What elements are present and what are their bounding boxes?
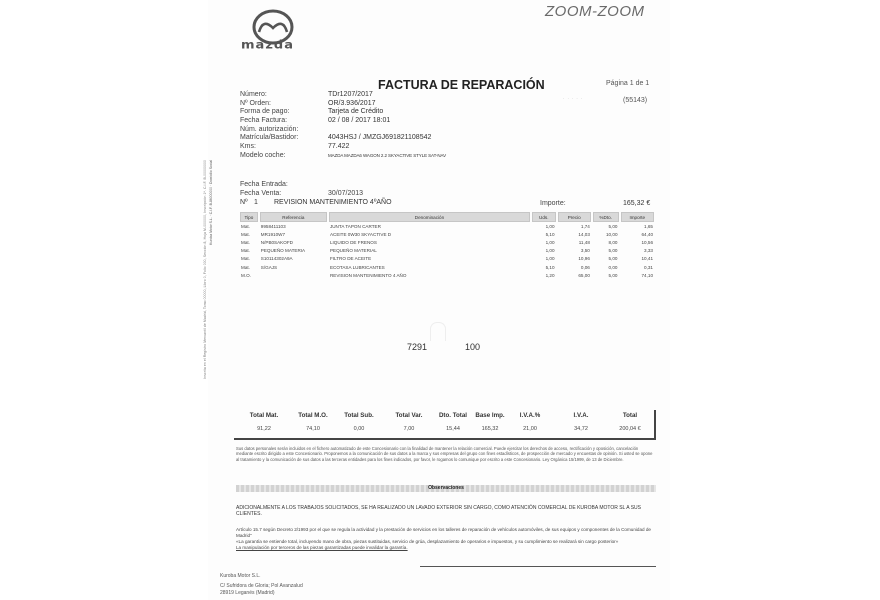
totals-value: 200,04 € [612,426,648,432]
totals-label: Total Mat. [238,412,290,419]
order-number: 1 [254,199,274,206]
field-row: Matrícula/Bastidor:4043HSJ / JMZGJ691821… [240,134,446,143]
totals-label: Total M.O. [290,412,336,419]
table-cell: 5,00 [593,271,619,279]
data-protection-notice: Sus datos personales serán incluidos en … [236,446,656,462]
footer-address-2: 28919 Leganés (Madrid) [220,590,303,597]
table-cell: 3,50 [558,247,591,255]
order-line: Nº 1 REVISION MANTENIMIENTO 4ºAÑO [240,199,392,206]
table-cell: 11,48 [558,238,591,246]
field-label: Matrícula/Bastidor: [240,134,328,143]
items-table: TipoReferenciaDenominaciónUds.Precio%Dto… [238,212,656,279]
table-cell: Mat. [240,230,258,238]
field-label: Fecha Factura: [240,117,328,126]
table-cell: 5,00 [593,247,619,255]
field-row: Modelo coche:MAZDA MAZDA6 WAGON 2.2 SKYA… [240,152,446,161]
table-cell: M.O. [240,271,258,279]
table-cell: 8,00 [593,238,619,246]
article-line-1: Artículo 15.7 según Decreto 2/1993 por e… [236,527,656,539]
table-cell: S10114302A9A [260,255,327,263]
field-row: Número:TDr1207/2017 [240,91,446,100]
totals-label: Total [612,412,648,419]
side-text-line-1: Inscrita en el Registro Mercantil de Mad… [203,160,207,379]
table-cell: Mat. [240,247,258,255]
field-value: TDr1207/2017 [328,91,373,100]
totals-label: Total Var. [382,412,436,419]
table-cell: MR1910W7 [260,230,327,238]
table-cell: 10,96 [558,255,591,263]
column-header: Denominación [329,212,530,222]
field-value: MAZDA MAZDA6 WAGON 2.2 SKYACTIVE STYLE S… [328,152,446,161]
faint-mark [430,322,446,341]
totals-value: 15,44 [436,426,470,432]
table-cell: 1,00 [532,222,556,230]
date-row: Fecha Venta:30/07/2013 [240,190,363,199]
vehicle-dates: Fecha Entrada:Fecha Venta:30/07/2013 [240,181,363,198]
table-cell: 1,00 [532,238,556,246]
table-cell: 1,00 [532,247,556,255]
table-cell: Mat. [240,263,258,271]
field-row: Fecha Factura:02 / 08 / 2017 18:01 [240,117,446,126]
column-header: Precio [558,212,591,222]
column-header: Importe [621,212,655,222]
table-cell: 74,10 [621,271,655,279]
date-value: 30/07/2013 [328,190,363,199]
table-cell: Mat. [240,238,258,246]
table-cell: 3,33 [621,247,655,255]
table-cell: 5,10 [532,230,556,238]
column-header: Referencia [260,212,327,222]
table-row: Mat.PEQUEÑO MATERIAPEQUEÑO MATERIAL1,003… [240,247,654,255]
side-registry-text: Inscrita en el Registro Mercantil de Mad… [203,160,211,430]
table-cell: 10,41 [621,255,655,263]
totals-label: Dto. Total [436,412,470,419]
date-label: Fecha Entrada: [240,181,328,190]
field-value: 02 / 08 / 2017 18:01 [328,117,390,126]
column-header: Uds. [532,212,556,222]
footer-company: Kuroba Motor S.L. [220,573,303,580]
table-cell: S/GAJS [260,263,327,271]
table-cell: 1,65 [621,222,655,230]
table-cell: 14,03 [558,230,591,238]
field-label: Número: [240,91,328,100]
article-line-3: La manipulación por terceros de las piez… [236,545,656,551]
table-cell: FILTRO DE ACEITE [329,255,530,263]
table-cell: 9958411103 [260,222,327,230]
table-cell: ECOTASA LUBRICANTES [329,263,530,271]
table-row: Mat.N/PB0SAKOFDLIQUIDO DE FRENOS1,0011,4… [240,238,654,246]
table-cell: 5,00 [593,222,619,230]
document-reference: (55143) [623,97,647,104]
totals-value: 0,00 [336,426,382,432]
table-row: Mat.MR1910W7ACEITE 0W30 SKYACTIVE D5,101… [240,230,654,238]
column-header: Tipo [240,212,258,222]
field-value: Tarjeta de Crédito [328,108,383,117]
table-cell: 5,10 [532,263,556,271]
totals-label: I.V.A.% [510,412,550,419]
totals-label: Total Sub. [336,412,382,419]
table-cell: 1,00 [532,255,556,263]
observations-header: Observaciones [236,485,656,492]
column-header: %Dto. [593,212,619,222]
field-label: Núm. autorización: [240,126,328,135]
table-cell: N/PB0SAKOFD [260,238,327,246]
table-cell [260,271,327,279]
divider [420,566,656,567]
table-cell: PEQUEÑO MATERIAL [329,247,530,255]
brand-wordmark: mazda [241,39,294,53]
side-text-line-2: Kuroba Motor S.L. · C.I.F. B-86000000 · … [209,160,213,245]
field-label: Nº Orden: [240,100,328,109]
field-row: Nº Orden:OR/3.936/2017 [240,100,446,109]
date-label: Fecha Venta: [240,190,328,199]
field-label: Modelo coche: [240,152,328,161]
field-row: Núm. autorización: [240,126,446,135]
table-row: Mat.9958411103JUNTA TAPON CARTER1,001,74… [240,222,654,230]
table-cell: 64,40 [621,230,655,238]
totals-values: 91,2274,100,007,0015,44165,3221,0034,722… [238,426,648,432]
totals-value: 165,32 [470,426,510,432]
footer: Kuroba Motor S.L. C/ Sufridora de Gloria… [220,573,303,597]
overlay-number-right: 100 [465,342,480,352]
overlay-number-left: 7291 [407,342,427,352]
invoice-fields: Número:TDr1207/2017Nº Orden:OR/3.936/201… [240,91,446,161]
totals-value: 34,72 [550,426,612,432]
table-cell: 10,56 [621,238,655,246]
table-row: Mat.S/GAJSECOTASA LUBRICANTES5,100,060,0… [240,263,654,271]
table-cell: 0,31 [621,263,655,271]
totals-value: 74,10 [290,426,336,432]
field-value: 77.422 [328,143,349,152]
order-number-label: Nº [240,199,254,206]
table-cell: 0,06 [558,263,591,271]
field-label: Forma de pago: [240,108,328,117]
table-row: Mat.S10114302A9AFILTRO DE ACEITE1,0010,9… [240,255,654,263]
table-cell: LIQUIDO DE FRENOS [329,238,530,246]
table-cell: Mat. [240,222,258,230]
table-cell: Mat. [240,255,258,263]
totals-label: I.V.A. [550,412,612,419]
table-cell: 5,00 [593,255,619,263]
table-cell: JUNTA TAPON CARTER [329,222,530,230]
table-cell: 65,00 [558,271,591,279]
totals-headers: Total Mat.Total M.O.Total Sub.Total Var.… [238,412,648,419]
order-amount-label: Importe: [540,200,566,207]
page-indicator: Página 1 de 1 [606,80,649,87]
table-cell: 1,74 [558,222,591,230]
totals-value: 21,00 [510,426,550,432]
field-label: Kms: [240,143,328,152]
field-value: OR/3.936/2017 [328,100,375,109]
table-row: M.O.REVISION MANTENIMIENTO 4 AÑO1,2065,0… [240,271,654,279]
table-cell: REVISION MANTENIMIENTO 4 AÑO [329,271,530,279]
totals-value: 7,00 [382,426,436,432]
table-cell: 0,00 [593,263,619,271]
faint-stamp: · · · · · [563,96,588,104]
footer-address-1: C/ Sufridora de Gloria; Pol Avanzalud [220,583,303,590]
warranty-article: Artículo 15.7 según Decreto 2/1993 por e… [236,527,656,551]
date-row: Fecha Entrada: [240,181,363,190]
brand-slogan: ZOOM-ZOOM [545,3,644,20]
document-title: FACTURA DE REPARACIÓN [378,78,545,92]
totals-label: Base Imp. [470,412,510,419]
order-description: REVISION MANTENIMIENTO 4ºAÑO [274,199,392,206]
order-amount: 165,32 € [623,200,650,207]
table-cell: 10,00 [593,230,619,238]
observations-text: ADICIONALMENTE A LOS TRABAJOS SOLICITADO… [236,505,656,517]
table-cell: ACEITE 0W30 SKYACTIVE D [329,230,530,238]
table-cell: PEQUEÑO MATERIA [260,247,327,255]
totals-value: 91,22 [238,426,290,432]
field-row: Forma de pago:Tarjeta de Crédito [240,108,446,117]
field-value: 4043HSJ / JMZGJ691821108542 [328,134,431,143]
field-row: Kms:77.422 [240,143,446,152]
table-cell: 1,20 [532,271,556,279]
